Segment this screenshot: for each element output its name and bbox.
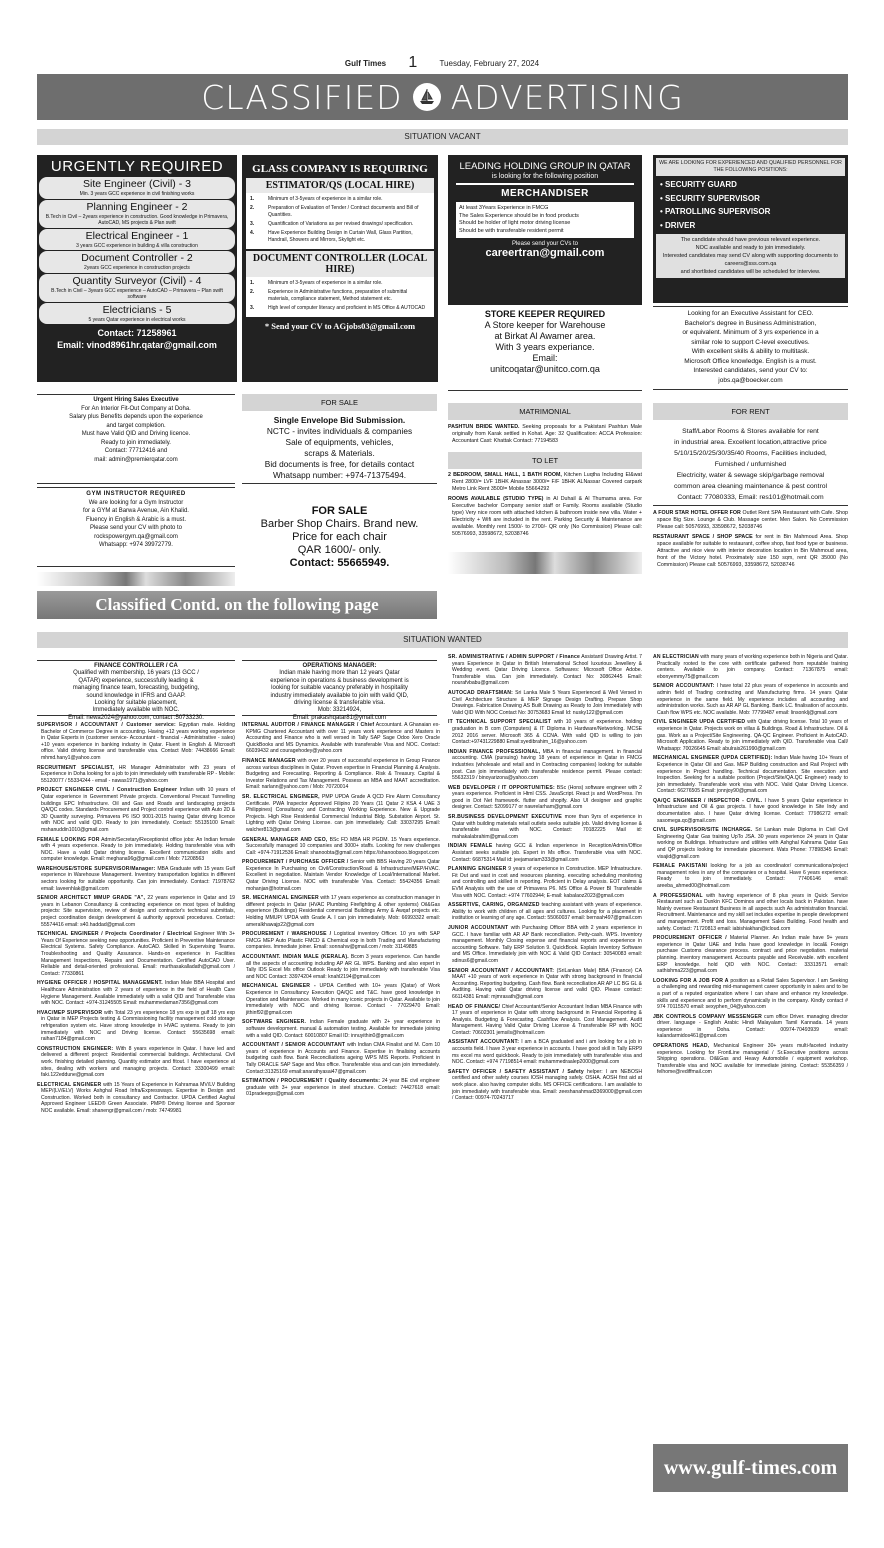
requirement-item: 2.Preparation of Evaluation of Tender / … [250, 205, 430, 219]
position-title: Quantity Surveyor (Civil) - 4 [42, 275, 232, 288]
item-heading: SR.BUSINESS DEVELOPMENT EXECUTIVE [448, 814, 562, 820]
paper-name: Gulf Times [345, 59, 386, 68]
position-item: Electricians - 55 years Qatar experience… [39, 303, 235, 325]
contact-info: Contact: 77080333, Email: res101@hotmail… [653, 492, 848, 503]
dhow-boat-icon [413, 83, 441, 111]
requirement-item: 4.Have Experience Building Design in Cur… [250, 230, 430, 244]
ad-line: A Store keeper for Warehouse [448, 320, 642, 331]
matrimonial-to-let-column: MATRIMONIAL PASHTUN BRIDE WANTED. Seekin… [448, 394, 642, 574]
ad-line: Whatsapp: +974 39972779. [37, 541, 235, 550]
requirement-text: Preparation of Evaluation of Tender / Co… [268, 205, 430, 219]
item-heading: ROOMS AVAILABLE (STUDIO TYPE) [448, 496, 543, 502]
section-header-situation-wanted: SITUATION WANTED [37, 632, 848, 648]
section-header-for-sale: FOR SALE [242, 394, 437, 411]
item-heading: SAFETY OFFICER / SAFETY ASSISTANT / Safe… [448, 1069, 584, 1075]
wanted-column-1: SUPERVISOR / ACCOUNTANT / Customer servi… [37, 722, 235, 1118]
ad-line: NCTC - invites individuals & companies [242, 426, 437, 437]
ad-sales-executive: Urgent Hiring Sales Executive For An Int… [37, 394, 235, 484]
job-title-estimator: ESTIMATOR/QS (LOCAL HIRE) [246, 178, 434, 193]
classified-item: GENERAL MANAGER AND CEO, BSc FD MBA HR P… [242, 837, 440, 857]
item-heading: A FOUR STAR HOTEL OFFER FOR [653, 510, 741, 516]
position-item: Site Engineer (Civil) - 3Min. 3 years GC… [39, 177, 235, 199]
ad-executive-assistant: Looking for an Executive Assistant for C… [653, 306, 848, 390]
section-header-matrimonial: MATRIMONIAL [448, 403, 642, 420]
classified-item: PROCUREMENT OFFICER / Material Planner. … [653, 935, 848, 975]
divider [456, 183, 634, 185]
footer-line: NOC available and ready to join immediat… [658, 244, 843, 252]
requirement-text: Quantification of Variations as per revi… [268, 221, 413, 228]
classified-item: FEMALE LOOKING FOR Admin/Secretary/Recep… [37, 837, 235, 863]
position-title: SECURITY GUARD [665, 180, 737, 189]
ad-line: Interested candidates, send your CV to: [653, 366, 848, 376]
ad-line: jobs.qa@boecker.com [653, 376, 848, 386]
ad-title: FOR SALE [242, 505, 437, 518]
requirements-list: 1.Minimum of 3-5years of experience in a… [246, 277, 434, 317]
ad-line: Microsoft Office knowledge. English is a… [653, 357, 848, 367]
classified-item: RESTAURANT SPACE / SHOP SPACE for rent i… [653, 534, 848, 569]
send-cv: * Send your CV to AGjobs03@gmail.com [246, 317, 434, 331]
classified-item: PASHTUN BRIDE WANTED. Seeking proposals … [448, 424, 642, 445]
section-header-situation-vacant: SITUATION VACANT [37, 129, 848, 145]
issue-date: Tuesday, February 27, 2024 [439, 59, 539, 68]
ad-line: Immediately available with NOC. [37, 707, 235, 714]
position-title: SECURITY SUPERVISOR [665, 194, 760, 203]
ad-store-keeper: STORE KEEPER REQUIRED A Store keeper for… [448, 305, 642, 391]
ad-title: GLASS COMPANY IS REQUIRING [246, 159, 434, 178]
ad-line: Email: [448, 353, 642, 364]
item-heading: RECRUITMENT SPECIALIST, [37, 765, 114, 771]
position-desc: B.Tech in Civil – 2years experience in c… [42, 214, 232, 227]
wanted-column-2: INTERNAL AUDITOR / FINANCE MANAGER / Chi… [242, 722, 440, 1101]
classified-item: CONSTRUCTION ENGINEER: With 8 years expe… [37, 1046, 235, 1079]
ad-line: 5/10/15/20/25/30/35/40 Rooms, Facilities… [653, 448, 848, 459]
item-heading: FEMALE PAKISTANI [653, 863, 707, 869]
classified-item: HVAC/MEP SUPERVISOR with Total 23 yrs ex… [37, 1010, 235, 1043]
item-heading: 2 BEDROOM, SMALL HALL, 1 BATH ROOM, [448, 472, 562, 478]
classified-item: INDIAN FINANCE PROFESSIONAL, MBA in fina… [448, 749, 642, 782]
classified-item: JUNIOR ACCOUNTANT with Purchasing Office… [448, 925, 642, 965]
classified-item: ASSISTANT ACCOUNTANT: I am a BCA graduat… [448, 1039, 642, 1065]
item-heading: ASSERTIVE, CARING, ORGANIZED [448, 902, 540, 908]
ad-line: QATAR) experience, successfully leading … [37, 678, 235, 685]
classified-item: WAREHOUSE/STORE SUPERVISOR/Manager: MBA … [37, 866, 235, 892]
classified-item: JBK CONTROLS COMPANY MESSENGER cum offic… [653, 1014, 848, 1040]
item-heading: SOFTWARE ENGINEER. [242, 1019, 306, 1025]
contact-email: Email: vinod8961hr.qatar@gmail.com [39, 339, 235, 351]
classified-item: SR. ADMINISTRATIVE / ADMIN SUPPORT / Fin… [448, 654, 642, 687]
classified-item: CIVIL SUPERVISOR/SITE INCHARGE. Sri Lank… [653, 827, 848, 860]
classified-item: ACCOUNTANT. INDIAN MALE (KERALA). Bcom 3… [242, 954, 440, 980]
ad-footer: The candidate should have previous relev… [656, 234, 845, 278]
position-title: Site Engineer (Civil) - 3 [42, 178, 232, 191]
ad-barber-chairs: FOR SALE Barber Shop Chairs. Brand new.P… [242, 503, 437, 570]
classified-item: SUPERVISOR / ACCOUNTANT / Customer servi… [37, 722, 235, 762]
classified-item: ELECTRICAL ENGINEER with 15 Years of Exp… [37, 1082, 235, 1115]
ad-line: driving license & transferable visa. [242, 700, 437, 707]
classified-item: SR. ELECTRICAL ENGINEER, PMP UPDA Grade … [242, 794, 440, 834]
item-body: PMP UPDA Grade A QCD Fire Alarm Consulta… [246, 794, 440, 833]
ad-intro: WE ARE LOOKING FOR EXPERIENCED AND QUALI… [656, 158, 845, 176]
requirement-item: 1.Minimum of 3-5years of experience in a… [250, 196, 430, 203]
ad-line: rockspowergym.qa@gmail.com [37, 533, 235, 542]
item-body: Egyptian male. Holding Bachelor of Comme… [41, 722, 235, 761]
footer-line: Interested candidates may send CV along … [658, 252, 843, 268]
ad-line: Furnished / unfurnished [653, 459, 848, 470]
ad-finance-controller: FINANCE CONTROLLER / CA Qualified with m… [37, 660, 235, 716]
ad-line: Qualified with membership, 16 years (13 … [37, 670, 235, 677]
position-item: • SECURITY GUARD [660, 178, 841, 192]
classified-item: SAFETY OFFICER / SAFETY ASSISTANT / Safe… [448, 1069, 642, 1102]
ad-line: sound knowledge in IFRS and GAAP. [37, 693, 235, 700]
contact-phone: Contact: 55665949. [242, 557, 437, 570]
item-heading: FEMALE LOOKING FOR [37, 837, 100, 843]
ad-line: Indian male having more than 12 years Qa… [242, 670, 437, 677]
item-heading: JUNIOR ACCOUNTANT [448, 925, 508, 931]
ad-line: mail: admin@premierqatar.com [37, 456, 235, 465]
ad-line: QAR 1600/- only. [242, 544, 437, 557]
classified-item: A PROFESSIONAL with having experience of… [653, 893, 848, 933]
ad-line: Please send your CV with photo to [37, 524, 235, 533]
item-body: Engineer With 3+ Years Of Experience see… [41, 931, 235, 977]
item-heading: CIVIL ENGINEER UPDA CERTIFIED [653, 719, 745, 725]
classified-item: HYGIENE OFFICER / HOSPITAL MANAGEMENT. I… [37, 980, 235, 1006]
item-heading: LOOKING FOR A JOB FOR A [653, 978, 729, 984]
item-number: 1. [250, 280, 268, 287]
position-title: Electrical Engineer - 1 [42, 230, 232, 243]
item-heading: SR. ELECTRICAL ENGINEER, [242, 794, 320, 800]
item-heading: INDIAN FEMALE [448, 843, 492, 849]
ad-line: With 3 years experiance. [448, 342, 642, 353]
item-heading: WEB DEVELOPER / IT OPPORTUNITIES: [448, 785, 555, 791]
ad-line: Contact: 77712416 and [37, 447, 235, 456]
positions-list: • SECURITY GUARD• SECURITY SUPERVISOR• P… [656, 176, 845, 234]
item-heading: WAREHOUSE/STORE SUPERVISOR/Manager: [37, 866, 155, 872]
classified-item: ACCOUNTANT / SENIOR ACCOUNTANT with Indi… [242, 1042, 440, 1075]
item-heading: PASHTUN BRIDE WANTED. [448, 424, 520, 430]
contact-email: unitcoqatar@unitco.com.qa [448, 364, 642, 375]
requirement-item: 3.Quantification of Variations as per re… [250, 221, 430, 228]
item-heading: OPERATIONS HEAD, [653, 1043, 709, 1049]
classified-item: TECHNICAL ENGINEER / Projects Coordinato… [37, 931, 235, 977]
ad-line: and target completion. [37, 422, 235, 431]
ad-line: Barber Shop Chairs. Brand new. [242, 518, 437, 531]
requirement-item: The Sales Experience should be in food p… [459, 213, 631, 221]
classified-item: LOOKING FOR A JOB FOR A position as a Re… [653, 978, 848, 1011]
ad-line: Looking for suitable placement, [37, 700, 235, 707]
ad-operations-manager: OPERATIONS MANAGER: Indian male having m… [242, 660, 437, 716]
banner-title-left: CLASSIFIED [201, 78, 402, 117]
ad-line: experience in operations & business deve… [242, 678, 437, 685]
item-number: 1. [250, 196, 268, 203]
item-body: Indian with 10 years of Qatar experience… [41, 787, 235, 833]
ad-line: similar role to support C-level executiv… [653, 338, 848, 348]
ad-title: STORE KEEPER REQUIRED [448, 309, 642, 320]
classified-item: PROCUREMENT / WAREHOUSE / Logistical inv… [242, 931, 440, 951]
position-item: Quantity Surveyor (Civil) - 4B.Tech in C… [39, 274, 235, 302]
item-heading: HVAC/MEP SUPERVISOR [37, 1010, 102, 1016]
ad-title: URGENTLY REQUIRED [39, 157, 235, 176]
for-sale-section: FOR SALE Single Envelope Bid Submission.… [242, 394, 437, 484]
classified-item: SR. MECHANICAL ENGINEER with 17 years ex… [242, 895, 440, 928]
item-heading: ELECTRICAL ENGINEER [37, 1082, 101, 1088]
footer-line: and shortlisted candidates will be sched… [658, 268, 843, 276]
classified-item: PROJECT ENGINEER CIVIL / Construction En… [37, 787, 235, 833]
ad-glass-company: GLASS COMPANY IS REQUIRING ESTIMATOR/QS … [242, 155, 438, 382]
classified-item: AUTOCAD DRAFTSMAN: Sri Lanka Male 5 Year… [448, 690, 642, 716]
section-header-to-let: TO LET [448, 452, 642, 469]
position-item: • DRIVER [660, 219, 841, 233]
ad-line: Looking for an Executive Assistant for C… [653, 309, 848, 319]
position-desc: Min. 3 years GCC experience in civil fin… [42, 191, 232, 198]
classified-item: ESTIMATION / PROCUREMENT / Quality docum… [242, 1078, 440, 1098]
item-number: 2. [250, 205, 268, 219]
item-heading: FINANCE MANAGER [242, 758, 296, 764]
item-heading: HYGIENE OFFICER / HOSPITAL MANAGEMENT. [37, 980, 163, 986]
ad-title: Single Envelope Bid Submission. [242, 415, 437, 426]
item-heading: SENIOR ACCOUNTANT: [653, 683, 715, 689]
classified-item: 2 BEDROOM, SMALL HALL, 1 BATH ROOM, Kitc… [448, 472, 642, 493]
ad-line: Must have Valid QID and Driving licence. [37, 430, 235, 439]
ad-line: or equivalent. Minimum of 3 yrs experien… [653, 328, 848, 338]
ad-line: Price for each chair [242, 531, 437, 544]
item-heading: SENIOR ARCHITECT MMUP GRADE "A", [37, 895, 145, 901]
position-title: PATROLLING SUPERVISOR [665, 207, 770, 216]
item-number: 3. [250, 305, 268, 312]
contact-phone: Contact: 71258961 [39, 327, 235, 339]
classified-item: FEMALE PAKISTANI looking for a job as co… [653, 863, 848, 889]
requirement-item: Should be with transferable resident per… [459, 228, 631, 236]
position-item: Planning Engineer - 2B.Tech in Civil – 2… [39, 200, 235, 228]
ad-title: Urgent Hiring Sales Executive [37, 396, 235, 405]
item-body: in Al Duhail & Al Thumama area. For Exec… [452, 496, 642, 537]
ad-line: common area cleaning maintenance & pest … [653, 481, 848, 492]
ad-urgently-required: URGENTLY REQUIRED Site Engineer (Civil) … [37, 155, 237, 382]
classified-item: SOFTWARE ENGINEER. Indian Female graduat… [242, 1019, 440, 1039]
position-desc: 3 years GCC experience in building & vil… [42, 243, 232, 250]
ad-line: industry immediately available to join w… [242, 693, 437, 700]
item-number: 4. [250, 230, 268, 244]
item-heading: PROJECT ENGINEER CIVIL / Construction En… [37, 787, 177, 793]
classified-item: HEAD OF FINANCE/ Chief Accountant/Senior… [448, 1004, 642, 1037]
item-heading: PROCUREMENT OFFICER / [653, 935, 727, 941]
classified-item: ASSERTIVE, CARING, ORGANIZED teaching as… [448, 902, 642, 922]
requirement-text: Minimum of 3-5years of experience in a s… [268, 280, 383, 287]
item-heading: AUTOCAD DRAFTSMAN: [448, 690, 513, 696]
ad-staff-rooms: Staff/Labor Rooms & Stores available for… [653, 420, 848, 506]
classified-item: SENIOR ARCHITECT MMUP GRADE "A", 22 year… [37, 895, 235, 928]
banner-title-right: ADVERTISING [451, 78, 684, 117]
item-heading: PLANNING ENGINEER [448, 866, 506, 872]
ad-line: in industrial area. Excellent location,a… [653, 437, 848, 448]
requirement-text: Have Experience Building Design in Curta… [268, 230, 430, 244]
section-header-for-rent: FOR RENT [653, 403, 848, 420]
item-heading: PROCUREMENT / WAREHOUSE / [242, 931, 331, 937]
classified-item: RECRUITMENT SPECIALIST, HR Manager Admin… [37, 765, 235, 785]
contact-whatsapp: Whatsapp number: +974-71375494. [242, 470, 437, 481]
position-item: • PATROLLING SUPERVISOR [660, 205, 841, 219]
ad-gym-instructor: GYM INSTRUCTOR REQUIRED We are looking f… [37, 487, 235, 567]
position-desc: 2years GCC experience in construction pr… [42, 265, 232, 272]
decorative-gradient [37, 572, 235, 586]
ad-line: scraps & Materials. [242, 448, 437, 459]
classified-item: CIVIL ENGINEER UPDA CERTIFIED with Qatar… [653, 719, 848, 752]
requirement-text: High level of computer literacy and prof… [268, 305, 425, 312]
contact-email: careertran@gmail.com [456, 247, 634, 259]
position-title: DRIVER [665, 221, 695, 230]
requirement-item: At least 3Years Experience in FMCG [459, 205, 631, 213]
ad-subtitle: is looking for the following position [456, 173, 634, 180]
item-heading: MECHANICAL ENGINEER - [242, 983, 316, 989]
contd-banner: Classified Contd. on the following page [37, 591, 437, 619]
classified-item: PROCUREMENT / PURCHASE OFFICER / Senior … [242, 859, 440, 892]
position-title: MERCHANDISER [456, 188, 634, 199]
classified-item: A FOUR STAR HOTEL OFFER FOR Outlet Rent … [653, 510, 848, 531]
item-heading: MECHANICAL ENGINEER (UPDA CERTIFIED): [653, 755, 772, 761]
ad-contact: Contact: 71258961 Email: vinod8961hr.qat… [39, 327, 235, 351]
page-number: 1 [408, 54, 417, 71]
classified-item: SENIOR ACCOUNTANT: I have total 22 plus … [653, 683, 848, 716]
item-heading: ACCOUNTANT. INDIAN MALE (KERALA). [242, 954, 349, 960]
wanted-column-3: SR. ADMINISTRATIVE / ADMIN SUPPORT / Fin… [448, 654, 642, 1105]
ad-title: OPERATIONS MANAGER: [242, 663, 437, 670]
item-heading: SENIOR ACCOUNTANT / ACCOUNTANT: [448, 968, 554, 974]
item-heading: IT TECHNICAL SUPPORT SPECIALIST [448, 719, 551, 725]
ad-line: We are looking for a Gym Instructor [37, 499, 235, 508]
masthead: Gulf Times 1 Tuesday, February 27, 2024 [0, 54, 884, 72]
ad-line: for a GYM at Barwa Avenue, Ain Khalid. [37, 507, 235, 516]
classified-item: INTERNAL AUDITOR / FINANCE MANAGER / Chi… [242, 722, 440, 755]
ad-line: Staff/Labor Rooms & Stores available for… [653, 426, 848, 437]
ad-line: managing finance team, forecasting, budg… [37, 685, 235, 692]
item-body: with Purchasing Officer BBA with 2 years… [452, 925, 642, 964]
item-heading: JBK CONTROLS COMPANY MESSENGER [653, 1014, 762, 1020]
ad-line: Electricity, water & sewage skip/garbage… [653, 470, 848, 481]
requirements-list: 1.Minimum of 3-5years of experience in a… [246, 193, 434, 249]
position-title: Document Controller - 2 [42, 252, 232, 265]
item-heading: SUPERVISOR / ACCOUNTANT / Customer servi… [37, 722, 176, 728]
requirement-item: 2.Experience in Administrative functions… [250, 289, 430, 303]
ad-title: GYM INSTRUCTOR REQUIRED [37, 490, 235, 499]
classified-item: MECHANICAL ENGINEER (UPDA CERTIFIED): In… [653, 755, 848, 795]
item-heading: INTERNAL AUDITOR / FINANCE MANAGER / Chi… [242, 722, 374, 728]
item-heading: A PROFESSIONAL [653, 893, 703, 899]
classified-item: FINANCE MANAGER with over 20 years of su… [242, 758, 440, 791]
position-desc: 5 years Qatar experience in electrical w… [42, 317, 232, 324]
item-heading: INDIAN FINANCE PROFESSIONAL, [448, 749, 540, 755]
ad-line: Ready to join immediately. [37, 439, 235, 448]
classified-banner: CLASSIFIED ADVERTISING [37, 74, 848, 120]
ad-line: Salary plus Benefits depends upon the ex… [37, 413, 235, 422]
ad-line: Sale of equipments, vehicles, [242, 437, 437, 448]
wanted-column-4: AN ELECTRICIAN with many years of workin… [653, 654, 848, 1079]
position-item: • SECURITY SUPERVISOR [660, 192, 841, 206]
requirement-text: Experience in Administrative functions, … [268, 289, 430, 303]
classified-item: AN ELECTRICIAN with many years of workin… [653, 654, 848, 680]
decorative-gradient [448, 552, 642, 574]
ad-holding-group: LEADING HOLDING GROUP IN QATAR is lookin… [448, 155, 642, 305]
ad-title: FINANCE CONTROLLER / CA [37, 663, 235, 670]
item-heading: AN ELECTRICIAN [653, 654, 699, 660]
classified-item: MECHANICAL ENGINEER - UPDA Certified wit… [242, 983, 440, 1016]
item-number: 2. [250, 289, 268, 303]
classified-item: IT TECHNICAL SUPPORT SPECIALIST with 10 … [448, 719, 642, 745]
item-heading: CONSTRUCTION ENGINEER: [37, 1046, 113, 1052]
item-number: 3. [250, 221, 268, 228]
item-heading: ESTIMATION / PROCUREMENT / Quality docum… [242, 1078, 380, 1084]
ad-bid-submission: Single Envelope Bid Submission. NCTC - i… [242, 411, 437, 484]
item-body: with having experience of 8 plus years i… [657, 893, 848, 932]
position-item: Document Controller - 22years GCC experi… [39, 251, 235, 273]
classified-item: PLANNING ENGINEER 9 years of experience … [448, 866, 642, 899]
requirements-list: At least 3Years Experience in FMCGThe Sa… [456, 202, 634, 238]
item-heading: GENERAL MANAGER AND CEO, [242, 837, 328, 843]
classified-item: INDIAN FEMALE having GCC & Indian experi… [448, 843, 642, 863]
classified-item: ROOMS AVAILABLE (STUDIO TYPE) in Al Duha… [448, 496, 642, 538]
ad-title: LEADING HOLDING GROUP IN QATAR [456, 161, 634, 173]
ad-line: Bachelor's degree in Business Administra… [653, 319, 848, 329]
item-heading: RESTAURANT SPACE / SHOP SPACE [653, 534, 753, 540]
item-body: Indian Male having 10+ Years of Experien… [657, 755, 848, 794]
item-heading: SR. ADMINISTRATIVE / ADMIN SUPPORT / Fin… [448, 654, 580, 660]
classified-item: SR.BUSINESS DEVELOPMENT EXECUTIVE more t… [448, 814, 642, 840]
item-heading: HEAD OF FINANCE/ [448, 1004, 500, 1010]
ad-line: For An Interior Fit-Out Company at Doha. [37, 405, 235, 414]
position-desc: B.Tech in Civil – 3years GCC experience … [42, 288, 232, 301]
classified-item: OPERATIONS HEAD, Mechanical Engineer 30+… [653, 1043, 848, 1076]
item-heading: SR. MECHANICAL ENGINEER [242, 895, 319, 901]
ad-line: Fluency in English & Arabic is a must. [37, 516, 235, 525]
requirement-item: Should be holder of light motor driving … [459, 220, 631, 228]
position-title: Planning Engineer - 2 [42, 201, 232, 214]
job-title-document-controller: DOCUMENT CONTROLLER (LOCAL HIRE) [246, 251, 434, 277]
item-heading: CIVIL SUPERVISOR/SITE INCHARGE. [653, 827, 752, 833]
for-rent-column: FOR RENT Staff/Labor Rooms & Stores avai… [653, 394, 848, 572]
ad-line: With excellent skills & ability to multi… [653, 347, 848, 357]
website-banner[interactable]: www.gulf-times.com [653, 1444, 848, 1492]
requirement-item: 3.High level of computer literacy and pr… [250, 305, 430, 312]
item-heading: ASSISTANT ACCOUNTANT: [448, 1039, 519, 1045]
ad-security-positions: WE ARE LOOKING FOR EXPERIENCED AND QUALI… [653, 155, 848, 303]
item-heading: PROCUREMENT / PURCHASE OFFICER / [242, 859, 348, 865]
footer-line: The candidate should have previous relev… [658, 236, 843, 244]
classified-item: SENIOR ACCOUNTANT / ACCOUNTANT: (SriLank… [448, 968, 642, 1001]
classified-item: QA/QC ENGINEER / INSPECTOR - CIVIL. I ha… [653, 798, 848, 824]
position-item: Electrical Engineer - 13 years GCC exper… [39, 229, 235, 251]
ad-line: Bid documents is free, for details conta… [242, 459, 437, 470]
item-heading: QA/QC ENGINEER / INSPECTOR - CIVIL. [653, 798, 762, 804]
classified-item: WEB DEVELOPER / IT OPPORTUNITIES: BSc (H… [448, 785, 642, 811]
ad-line: at Birkat Al Awamer area. [448, 331, 642, 342]
ad-line: looking for suitable vacancy preferably … [242, 685, 437, 692]
item-heading: ACCOUNTANT / SENIOR ACCOUNTANT [242, 1042, 345, 1048]
requirement-item: 1.Minimum of 3-5years of experience in a… [250, 280, 430, 287]
requirement-text: Minimum of 3-5years of experience in a s… [268, 196, 383, 203]
item-heading: TECHNICAL ENGINEER / Projects Coordinato… [37, 931, 192, 937]
position-title: Electricians - 5 [42, 304, 232, 317]
ad-line: Mob: 33214924, [242, 707, 437, 714]
item-body: Material Planner. An Indian male have 9+… [657, 935, 848, 974]
